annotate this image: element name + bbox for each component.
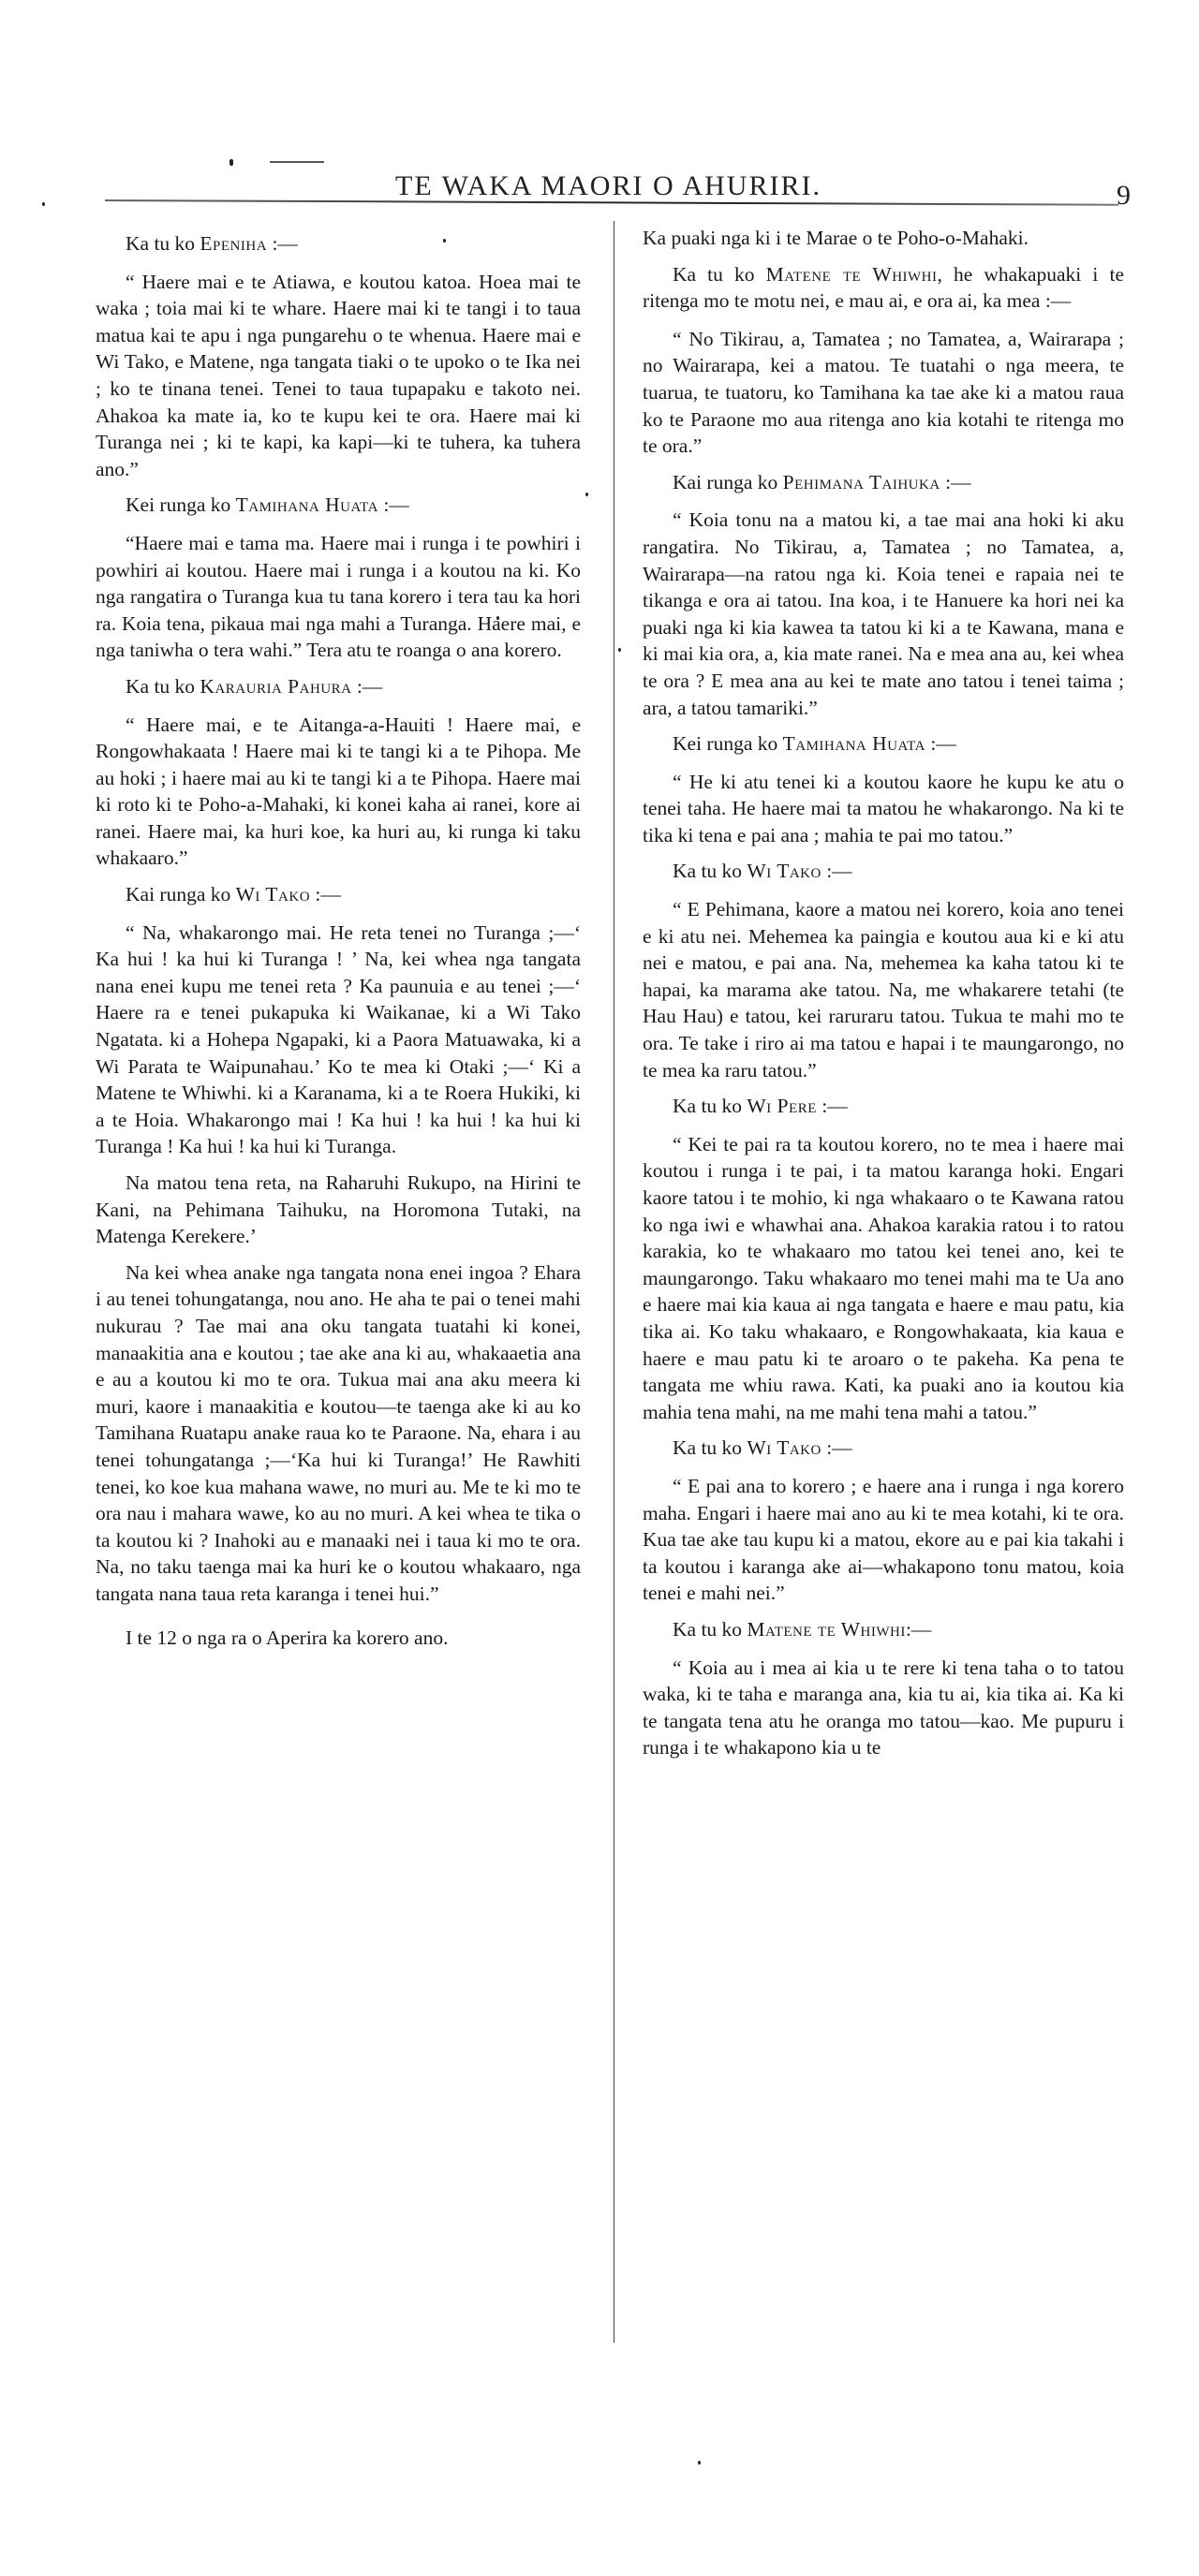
speech-paragraph: “ Kei te pai ra ta koutou korero, no te … — [643, 1131, 1124, 1426]
speech-paragraph: Na kei whea anake nga tangata nona enei … — [96, 1259, 581, 1608]
speaker-suffix: :— — [822, 1436, 852, 1459]
speaker-heading: Ka tu ko Matene te Whiwhi:— — [643, 1616, 1124, 1643]
speaker-suffix: :— — [940, 471, 971, 493]
speaker-suffix: :— — [351, 675, 382, 698]
speaker-prefix: Ka tu ko — [673, 860, 747, 882]
speech-paragraph: “Haere mai e tama ma. Haere mai i runga … — [96, 530, 581, 664]
column-divider — [614, 221, 614, 2343]
speaker-prefix: Ka tu ko — [126, 232, 200, 255]
speaker-name: Matene te Whiwhi — [747, 1618, 905, 1641]
speech-paragraph: “ Na, whakarongo mai. He reta tenei no T… — [96, 920, 581, 1160]
speaker-name: Karauria Pahura — [200, 675, 351, 698]
speaker-heading: Ka tu ko Wi Tako :— — [643, 858, 1124, 885]
speaker-suffix: :— — [822, 860, 852, 882]
speaker-heading: Ka tu ko Epeniha :— — [96, 230, 581, 258]
speaker-suffix: :— — [310, 883, 341, 905]
ink-speck — [496, 616, 499, 620]
speaker-suffix: :— — [906, 1618, 931, 1641]
ink-speck — [443, 239, 446, 243]
speech-paragraph: “ He ki atu tenei ki a koutou kaore he k… — [643, 769, 1124, 849]
speaker-prefix: Ka tu ko — [673, 263, 766, 286]
speaker-name: Wi Tako — [747, 860, 821, 882]
speaker-prefix: Ka tu ko — [673, 1618, 747, 1641]
speaker-heading: Ka tu ko Matene te Whiwhi, he whakapuaki… — [643, 261, 1124, 315]
speaker-name: Tamihana Huata — [236, 493, 378, 516]
ink-mark — [270, 161, 324, 163]
running-head: TE WAKA MAORI O AHURIRI. 9 — [94, 159, 1133, 206]
newspaper-page: TE WAKA MAORI O AHURIRI. 9 Ka tu ko Epen… — [0, 0, 1199, 2576]
speech-paragraph: “ Koia tonu na a matou ki, a tae mai ana… — [643, 507, 1124, 721]
speech-paragraph: “ No Tikirau, a, Tamatea ; no Tamatea, a… — [643, 326, 1124, 460]
ink-speck — [42, 202, 45, 206]
speech-paragraph: “ Haere mai, e te Aitanga-a-Hauiti ! Hae… — [96, 712, 581, 873]
speaker-prefix: Kei runga ko — [126, 493, 236, 516]
speaker-suffix: :— — [378, 493, 409, 516]
speaker-heading: Kei runga ko Tamihana Huata :— — [643, 730, 1124, 758]
speaker-prefix: Kei runga ko — [673, 732, 783, 755]
speaker-heading: Ka tu ko Wi Tako :— — [643, 1435, 1124, 1462]
speaker-name: Wi Pere — [747, 1095, 816, 1117]
speech-paragraph: Na matou tena reta, na Raharuhi Rukupo, … — [96, 1170, 581, 1250]
newspaper-title: TE WAKA MAORI O AHURIRI. — [395, 170, 822, 202]
speaker-prefix: Kai runga ko — [673, 471, 783, 493]
speaker-name: Tamihana Huata — [783, 732, 925, 755]
speech-paragraph: “ E Pehimana, kaore a matou nei korero, … — [643, 896, 1124, 1083]
speaker-heading: Ka tu ko Wi Pere :— — [643, 1093, 1124, 1120]
ink-speck — [618, 648, 621, 652]
ink-speck — [698, 2461, 701, 2465]
speech-paragraph: “ E pai ana to korero ; e haere ana i ru… — [643, 1473, 1124, 1607]
speaker-prefix: Ka tu ko — [673, 1095, 747, 1117]
speaker-suffix: :— — [817, 1095, 848, 1117]
speech-paragraph: “ Haere mai e te Atiawa, e koutou katoa.… — [96, 269, 581, 483]
left-column: Ka tu ko Epeniha :—“ Haere mai e te Atia… — [96, 225, 581, 1660]
ink-speck — [229, 159, 233, 166]
right-column: Ka puaki nga ki i te Marae o te Poho-o-M… — [643, 225, 1124, 1771]
speaker-prefix: Kai runga ko — [126, 883, 236, 905]
speaker-name: Pehimana Taihuka — [783, 471, 940, 493]
ink-speck — [585, 493, 588, 496]
speaker-heading: Kai runga ko Wi Tako :— — [96, 881, 581, 908]
speaker-name: Matene te Whiwhi — [766, 263, 938, 286]
speaker-suffix: :— — [267, 232, 298, 255]
closing-line: I te 12 o nga ra o Aperira ka korero ano… — [96, 1625, 581, 1652]
continued-paragraph: Ka puaki nga ki i te Marae o te Poho-o-M… — [643, 225, 1124, 252]
speaker-prefix: Ka tu ko — [126, 675, 200, 698]
speaker-heading: Kei runga ko Tamihana Huata :— — [96, 492, 581, 519]
speaker-name: Epeniha — [200, 232, 267, 255]
speaker-suffix: :— — [925, 732, 956, 755]
speech-paragraph: “ Koia au i mea ai kia u te rere ki tena… — [643, 1655, 1124, 1761]
speaker-heading: Ka tu ko Karauria Pahura :— — [96, 673, 581, 700]
page-number: 9 — [1117, 180, 1131, 212]
speaker-heading: Kai runga ko Pehimana Taihuka :— — [643, 469, 1124, 496]
speaker-name: Wi Tako — [747, 1436, 821, 1459]
speaker-prefix: Ka tu ko — [673, 1436, 747, 1459]
speaker-name: Wi Tako — [236, 883, 310, 905]
